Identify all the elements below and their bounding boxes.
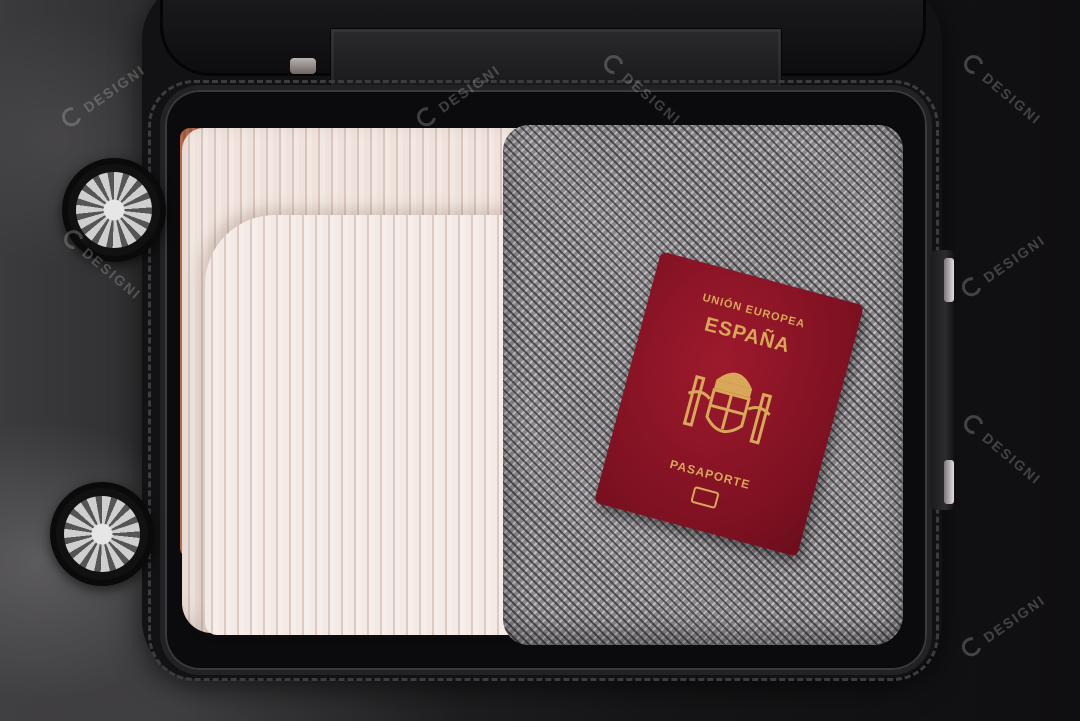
biometric-chip-icon	[690, 486, 720, 509]
handle-cap	[944, 258, 954, 302]
wheel-rim-icon	[64, 496, 140, 572]
handle-cap	[944, 460, 954, 504]
cream-sweater-fold	[205, 215, 540, 635]
spanish-coat-of-arms-icon	[669, 349, 789, 462]
suitcase-wheel-bottom	[50, 482, 154, 586]
suitcase-side-handle	[930, 250, 956, 510]
wheel-rim-icon	[76, 172, 152, 248]
zipper-pull	[290, 58, 316, 74]
